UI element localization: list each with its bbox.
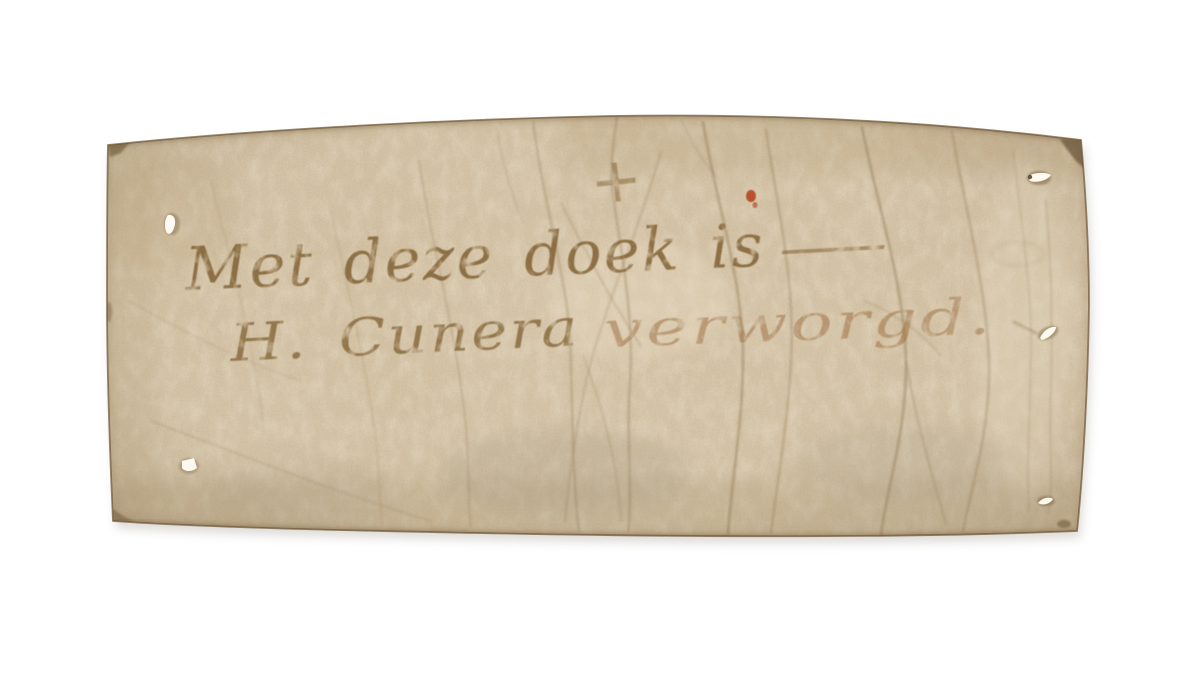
- cross-mark: +: [586, 141, 645, 219]
- pin-hole: [1037, 496, 1055, 506]
- parchment-photo: + Met deze doek is — H. Cunera verworgd.: [0, 0, 1200, 677]
- parchment: + Met deze doek is — H. Cunera verworgd.: [100, 108, 1096, 544]
- pin-hole: [1027, 171, 1051, 185]
- inscription-dash: —: [775, 208, 894, 282]
- pin-hole: [164, 213, 180, 235]
- pin-hole: [179, 458, 199, 474]
- photo-canvas: + Met deze doek is — H. Cunera verworgd.: [0, 0, 1200, 677]
